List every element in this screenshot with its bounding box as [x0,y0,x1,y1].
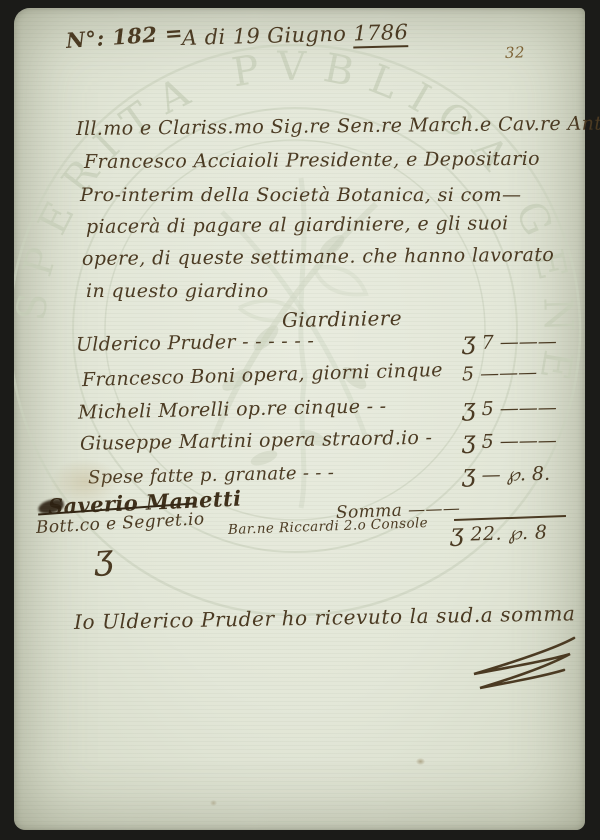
body-line-3: Pro-interim della Società Botanica, si c… [80,184,521,206]
row-name: Giuseppe Martini opera straord.io - [80,427,433,455]
currency-glyph: ʒ [462,393,476,421]
row-name: Ulderico Pruder - - - - - - [76,330,315,356]
manuscript-paper: SPERITA PVBLICA GENE N°: 182 = A di 19 G… [14,8,585,830]
date-year-underlined: 1786 [353,20,409,48]
currency-glyph: ʒ [462,426,476,454]
amount-value: — [481,464,500,486]
total-amount: ʒ 22. ℘. 8 [450,516,548,547]
amount-rule: ℘. 8. [500,463,550,486]
amount-rule: ——— [493,430,556,453]
currency-glyph: ʒ [462,327,476,355]
row-amount: 5 ——— [462,356,538,386]
total-value: 22. ℘. 8 [464,521,548,545]
receipt-flourish [452,626,582,706]
paraph-flourish: ʒ [93,537,115,578]
body-line-4: piacerà di pagare al giardiniere, e gli … [86,212,509,238]
row-amount: ʒ 7 ——— [462,326,557,356]
amount-value: 7 [481,332,493,354]
photo-frame: { "header": { "number": "N°: 182 =", "da… [0,0,600,840]
body-line-1: Ill.mo e Clariss.mo Sig.re Sen.re March.… [76,112,600,140]
date-prefix: A di 19 Giugno [182,22,354,50]
stain [416,758,425,765]
amount-rule: ——— [474,361,538,385]
stain [210,800,217,806]
row-name: Francesco Boni opera, giorni cinque [82,359,443,391]
stain [50,458,120,506]
amount-value: 5 [481,431,493,453]
row-amount: ʒ 5 ——— [462,392,557,422]
body-line-6: in questo giardino [86,280,269,302]
document-date: A di 19 Giugno 1786 [182,20,409,50]
amount-rule: ——— [493,331,556,354]
row-name: Micheli Morelli op.re cinque - - [78,395,387,423]
body-line-5: opere, di queste settimane. che hanno la… [82,244,554,270]
amount-value: 5 [481,398,494,420]
currency-glyph: ʒ [462,459,476,487]
folio-number: 32 [505,43,526,62]
body-line-2: Francesco Acciaioli Presidente, e Deposi… [84,148,540,173]
somma-label: Somma ——— [336,499,461,523]
amount-rule: ——— [493,397,556,420]
document-number: N°: 182 = [65,20,184,53]
currency-glyph: ʒ [450,519,465,547]
amount-value: 5 [462,363,475,385]
row-amount: ʒ 5 ——— [462,425,557,455]
row-amount: ʒ — ℘. 8. [462,458,551,488]
row-name: Spese fatte p. granate - - - [88,462,335,488]
